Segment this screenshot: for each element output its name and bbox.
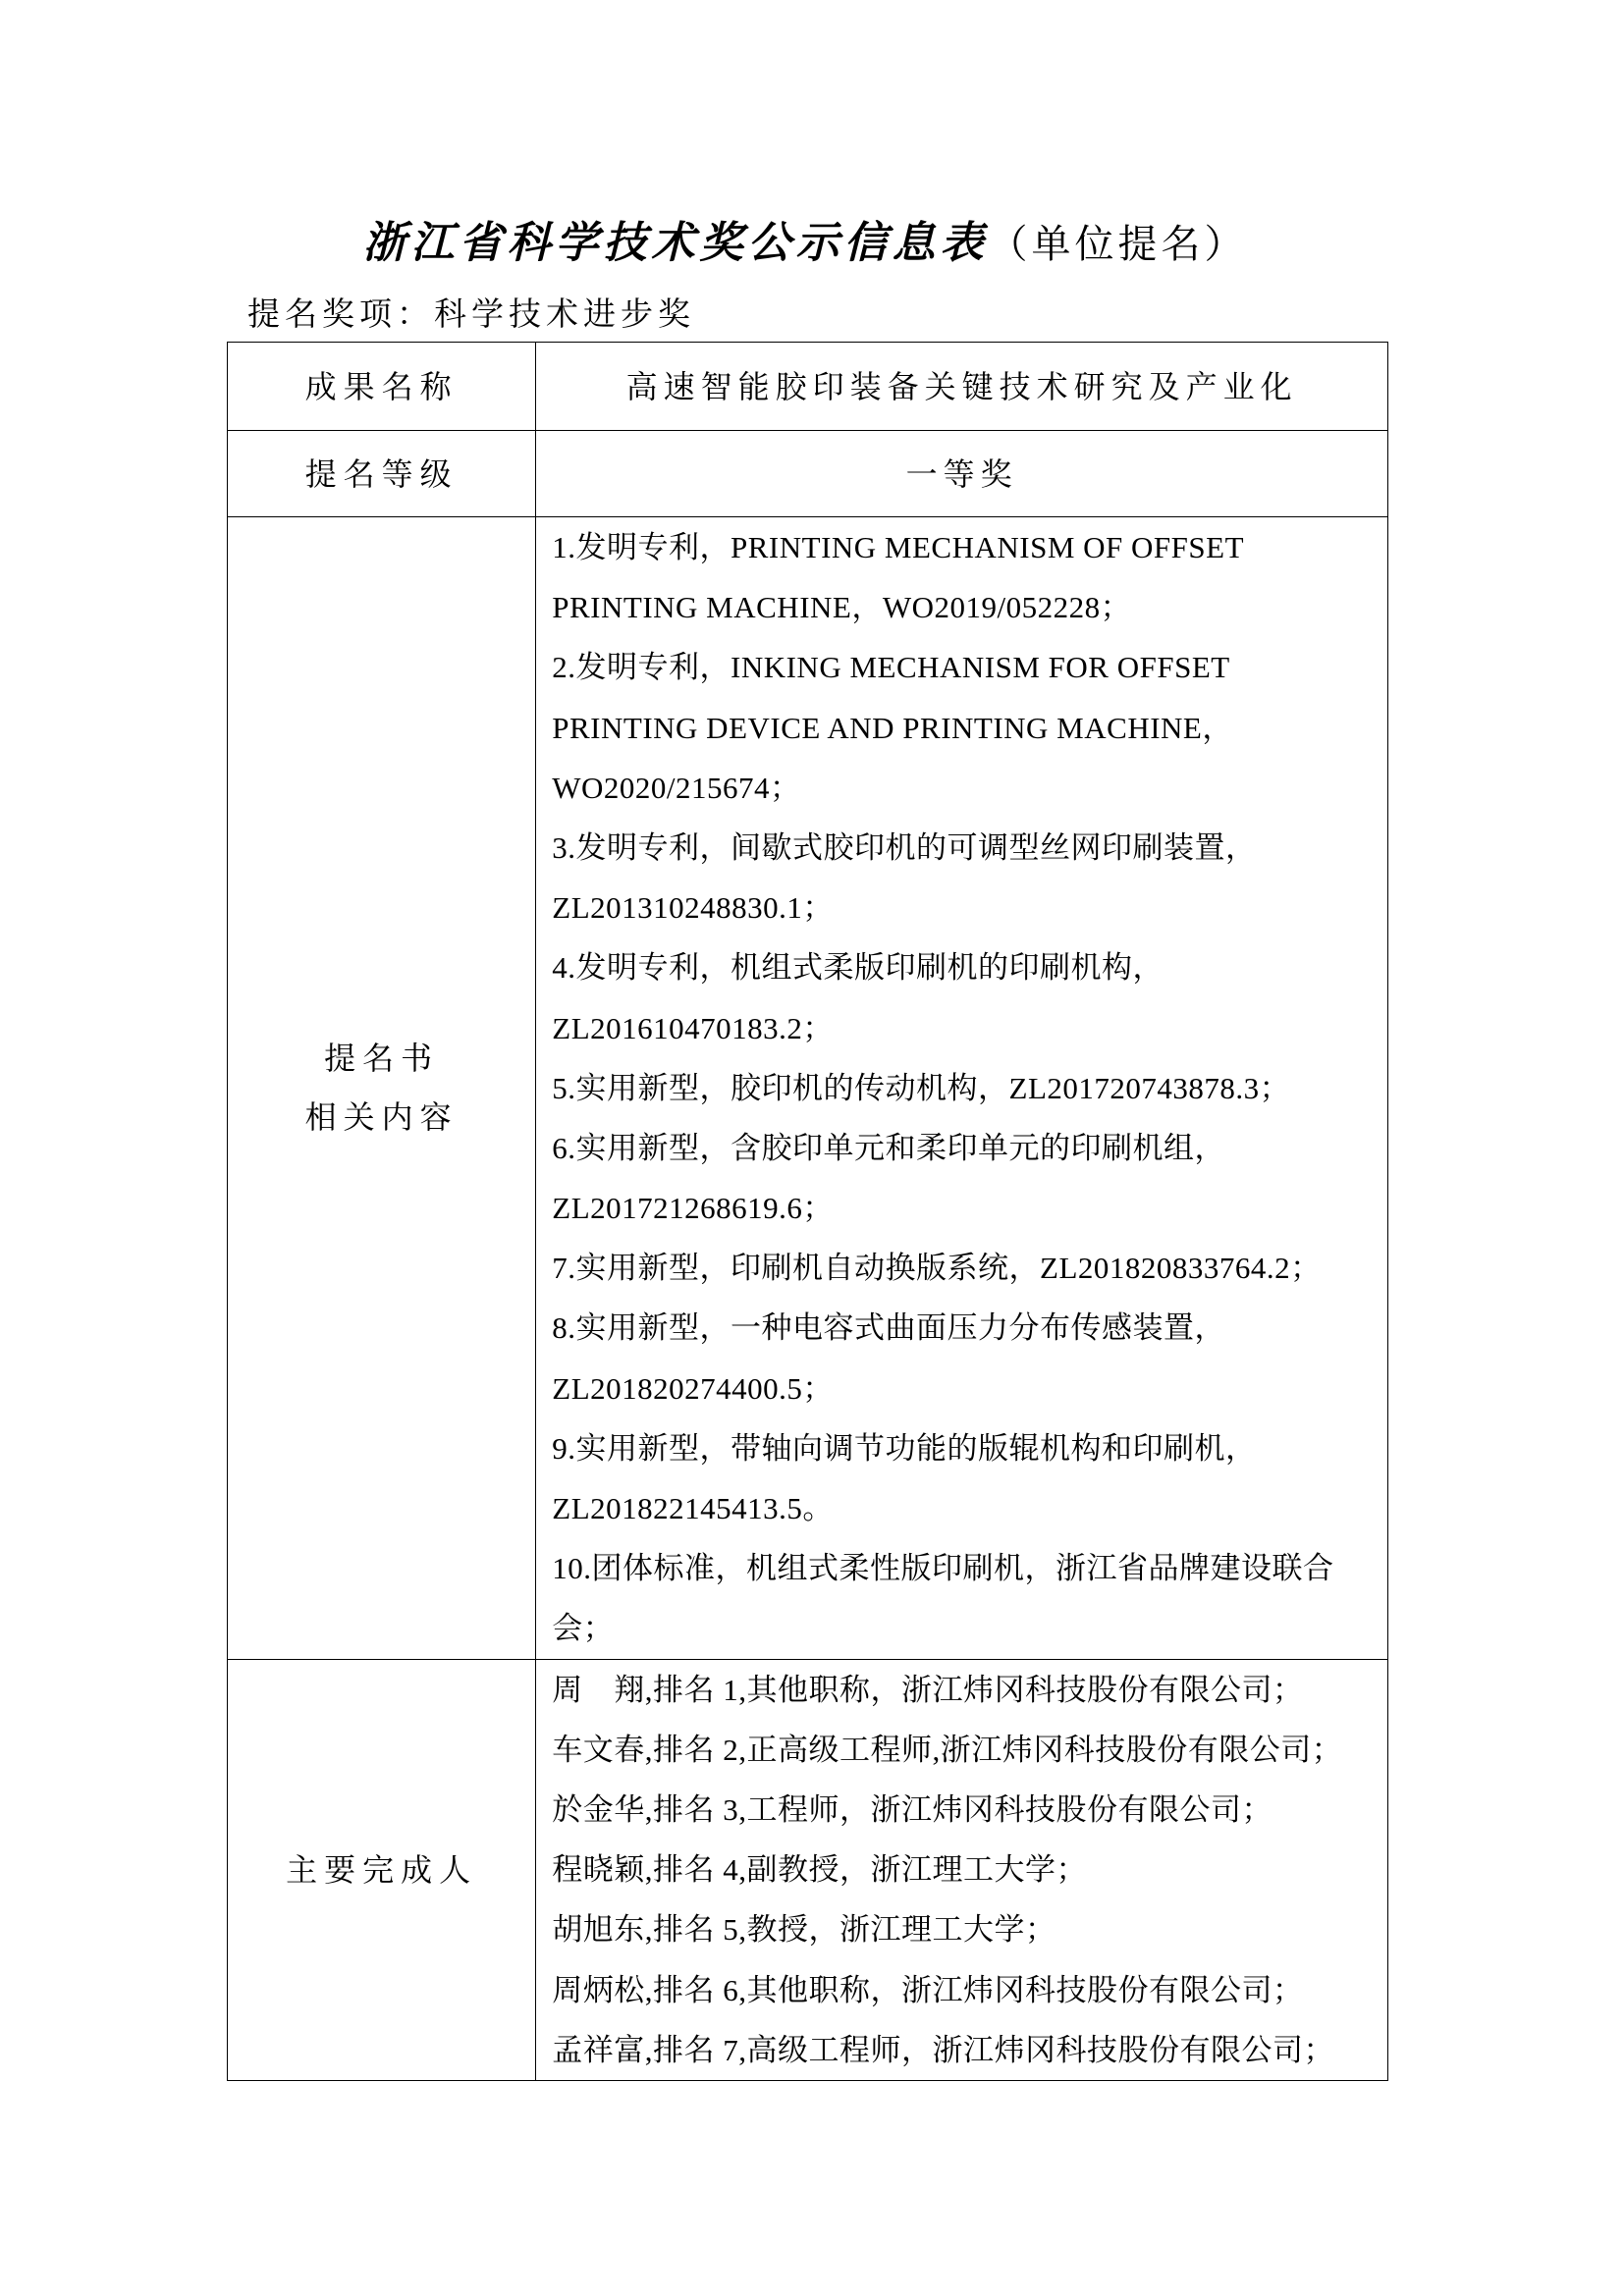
list-item: 7.实用新型，印刷机自动换版系统，ZL201820833764.2； [552,1238,1383,1298]
page-title-suffix: （单位提名） [989,222,1248,267]
achievement-name-value: 高速智能胶印装备关键技术研究及产业化 [536,343,1388,431]
list-item: ZL201721268619.6； [552,1178,1383,1238]
list-item: WO2020/215674； [552,758,1383,818]
list-item: 周炳松,排名 6,其他职称，浙江炜冈科技股份有限公司； [552,1960,1383,2020]
list-item: 车文春,排名 2,正高级工程师,浙江炜冈科技股份有限公司； [552,1720,1383,1780]
list-item: 程晓颖,排名 4,副教授，浙江理工大学； [552,1840,1383,1899]
list-item: 10.团体标准，机组式柔性版印刷机，浙江省品牌建设联合 [552,1538,1383,1598]
achievement-name-label: 成果名称 [228,343,536,431]
main-contributors-label: 主要完成人 [228,1659,536,2080]
list-item: 6.实用新型，含胶印单元和柔印单元的印刷机组， [552,1118,1383,1178]
table-row-nomination-content: 提名书 相关内容 1.发明专利，PRINTING MECHANISM OF OF… [228,517,1388,1660]
list-item: 於金华,排名 3,工程师，浙江炜冈科技股份有限公司； [552,1780,1383,1840]
table-row-achievement-name: 成果名称 高速智能胶印装备关键技术研究及产业化 [228,343,1388,431]
page-title: 浙江省科学技术奖公示信息表（单位提名） [0,214,1610,274]
list-item: 2.发明专利，INKING MECHANISM FOR OFFSET [552,637,1383,697]
table-row-main-contributors: 主要完成人 周 翔,排名 1,其他职称，浙江炜冈科技股份有限公司； 车文春,排名… [228,1659,1388,2080]
page-title-main: 浙江省科学技术奖公示信息表 [363,218,989,268]
list-item: PRINTING MACHINE，WO2019/052228； [552,577,1383,637]
list-item: 周 翔,排名 1,其他职称，浙江炜冈科技股份有限公司； [552,1660,1383,1720]
list-item: 1.发明专利，PRINTING MECHANISM OF OFFSET [552,517,1383,577]
list-item: ZL201610470183.2； [552,998,1383,1058]
list-item: 孟祥富,排名 7,高级工程师，浙江炜冈科技股份有限公司； [552,2020,1383,2080]
nomination-grade-label: 提名等级 [228,431,536,517]
list-item: 5.实用新型，胶印机的传动机构，ZL201720743878.3； [552,1058,1383,1118]
list-item: 9.实用新型，带轴向调节功能的版辊机构和印刷机， [552,1418,1383,1478]
list-item: 胡旭东,排名 5,教授，浙江理工大学； [552,1899,1383,1959]
list-item: ZL201310248830.1； [552,878,1383,937]
list-item: 4.发明专利，机组式柔版印刷机的印刷机构， [552,937,1383,997]
main-contributors-list: 周 翔,排名 1,其他职称，浙江炜冈科技股份有限公司； 车文春,排名 2,正高级… [536,1659,1388,2080]
nomination-content-label: 提名书 相关内容 [228,517,536,1660]
list-item: 3.发明专利，间歇式胶印机的可调型丝网印刷装置， [552,818,1383,878]
nomination-content-list: 1.发明专利，PRINTING MECHANISM OF OFFSET PRIN… [536,517,1388,1660]
list-item: PRINTING DEVICE AND PRINTING MACHINE， [552,698,1383,758]
nomination-grade-value: 一等奖 [536,431,1388,517]
list-item: ZL201822145413.5。 [552,1478,1383,1538]
info-table: 成果名称 高速智能胶印装备关键技术研究及产业化 提名等级 一等奖 提名书 相关内… [227,342,1388,2081]
table-row-nomination-grade: 提名等级 一等奖 [228,431,1388,517]
nomination-content-label-line-1: 提名书 [228,1029,535,1088]
nomination-content-label-line-2: 相关内容 [228,1088,535,1147]
list-item: 8.实用新型，一种电容式曲面压力分布传感装置， [552,1298,1383,1358]
award-category-line: 提名奖项：科学技术进步奖 [247,293,695,336]
list-item: 会； [552,1598,1383,1658]
list-item: ZL201820274400.5； [552,1359,1383,1418]
